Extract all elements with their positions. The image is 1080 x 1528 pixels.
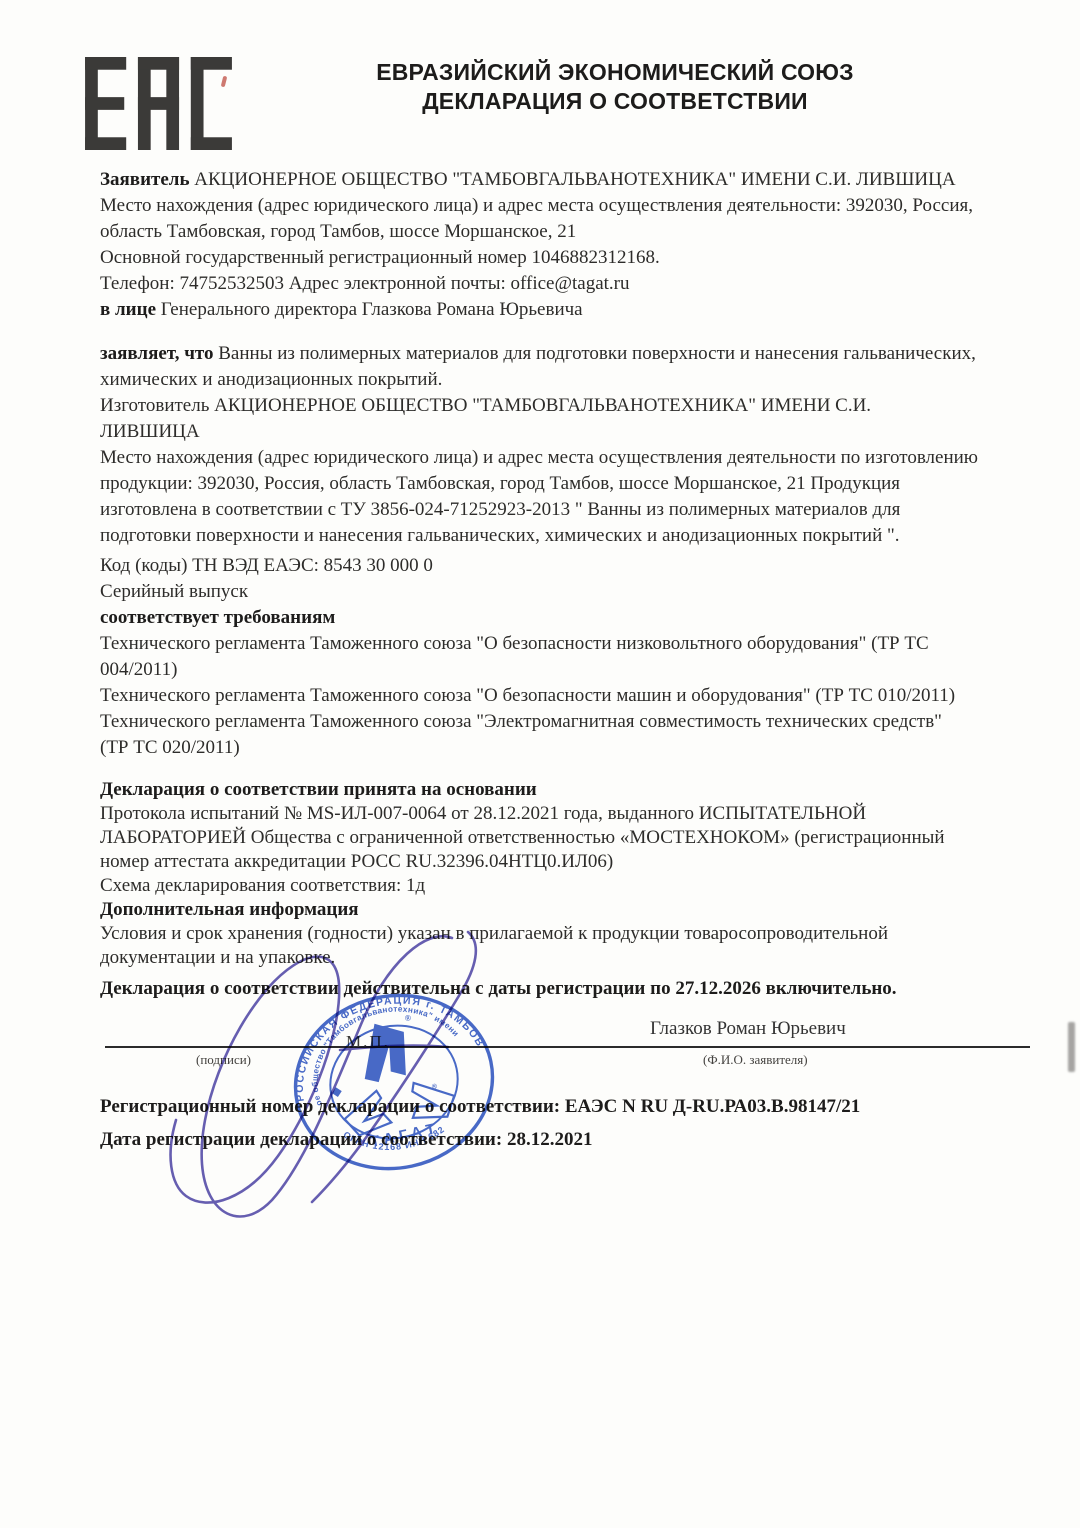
text-line: Схема декларирования соответствия: 1д [100,874,945,898]
text-line: Заявитель АКЦИОНЕРНОЕ ОБЩЕСТВО "ТАМБОВГА… [100,167,973,193]
text-line: Технического регламента Таможенного союз… [100,631,955,657]
text-line: Изготовитель АКЦИОНЕРНОЕ ОБЩЕСТВО "ТАМБО… [100,393,978,419]
text-line: соответствует требованиям [100,605,955,631]
company-stamp-seal: РОССИЙСКАЯ ФЕДЕРАЦИЯ г. ТАМБОВ ое общест… [280,975,510,1180]
applicant-block: Заявитель АКЦИОНЕРНОЕ ОБЩЕСТВО "ТАМБОВГА… [100,167,973,323]
title-line-declaration: ДЕКЛАРАЦИЯ О СООТВЕТСТВИИ [150,87,1080,116]
text-line: Декларация о соответствии принята на осн… [100,778,945,802]
text-line: 004/2011) [100,657,955,683]
fio-label: (Ф.И.О. заявителя) [703,1052,808,1068]
codes-requirements-block: Код (коды) ТН ВЭД ЕАЭС: 8543 30 000 0Сер… [100,553,955,761]
text-line: область Тамбовская, город Тамбов, шоссе … [100,219,973,245]
text-line: Серийный выпуск [100,579,955,605]
text-line: Место нахождения (адрес юридического лиц… [100,445,978,471]
applicant-fio-name: Глазков Роман Юрьевич [650,1018,846,1040]
registered-mark-icon: ® [404,1013,412,1023]
scan-edge-artifact [1068,1022,1075,1072]
document-page: ЕВРАЗИЙСКИЙ ЭКОНОМИЧЕСКИЙ СОЮЗ ДЕКЛАРАЦИ… [0,0,1080,1528]
text-line: в лице Генерального директора Глазкова Р… [100,297,973,323]
text-line: Технического регламента Таможенного союз… [100,709,955,735]
text-line: Телефон: 74752532503 Адрес электронной п… [100,271,973,297]
text-line: продукции: 392030, Россия, область Тамбо… [100,471,978,497]
text-line: Основной государственный регистрационный… [100,245,973,271]
text-line: номер аттестата аккредитации РОСС RU.323… [100,850,945,874]
text-line: подготовки поверхности и нанесения гальв… [100,523,978,549]
text-line: (ТР ТС 020/2011) [100,735,955,761]
text-line: химических и анодизационных покрытий. [100,367,978,393]
text-line: ЛАБОРАТОРИЕЙ Общества с ограниченной отв… [100,826,945,850]
document-title: ЕВРАЗИЙСКИЙ ЭКОНОМИЧЕСКИЙ СОЮЗ ДЕКЛАРАЦИ… [150,58,1080,116]
title-line-union: ЕВРАЗИЙСКИЙ ЭКОНОМИЧЕСКИЙ СОЮЗ [150,58,1080,87]
text-line: Код (коды) ТН ВЭД ЕАЭС: 8543 30 000 0 [100,553,955,579]
text-line: Место нахождения (адрес юридического лиц… [100,193,973,219]
text-line: изготовлена в соответствии с ТУ 3856-024… [100,497,978,523]
text-line: заявляет, что Ванны из полимерных матери… [100,341,978,367]
text-line: Протокола испытаний № MS-ИЛ-007-0064 от … [100,802,945,826]
text-line: ЛИВШИЦА [100,419,978,445]
registered-mark-icon: ® [431,1082,439,1091]
declares-block: заявляет, что Ванны из полимерных матери… [100,341,978,549]
text-line: Технического регламента Таможенного союз… [100,683,955,709]
